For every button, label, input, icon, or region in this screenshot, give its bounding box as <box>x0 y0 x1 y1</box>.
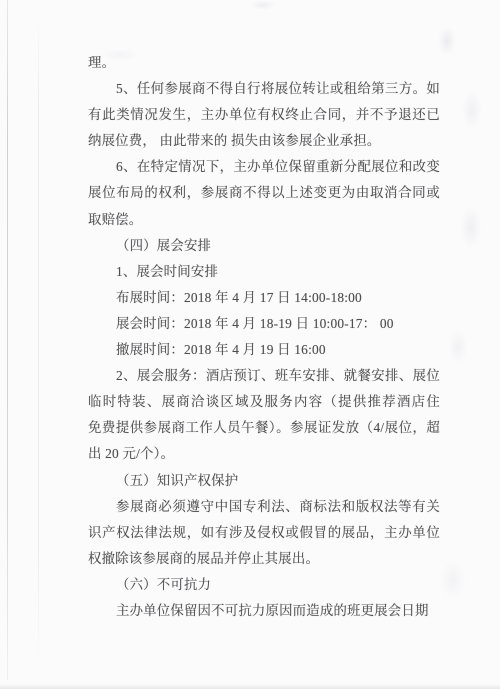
text-line: 6、在特定情况下，主办单位保留重新分配展位和改变 <box>88 154 440 180</box>
text-line: 取赔偿。 <box>88 207 440 233</box>
text-line: 展位布局的权利，参展商不得以上述变更为由取消合同或索 <box>88 180 440 206</box>
scan-noise-smudge <box>438 26 456 56</box>
paper-edge-line <box>38 14 39 664</box>
scan-bottom-shadow <box>0 684 500 689</box>
text-line: 理。 <box>88 50 440 76</box>
document-text-block: 理。 5、任何参展商不得自行将展位转让或租给第三方。如 有此类情况发生，主办单位… <box>88 50 440 624</box>
text-line: 出 20 元/个）。 <box>88 441 440 467</box>
schedule-line: 布展时间：2018 年 4 月 17 日 14:00-18:00 <box>88 285 440 311</box>
text-line: 5、任何参展商不得自行将展位转让或租给第三方。如 <box>88 76 440 102</box>
text-line: 有此类情况发生，主办单位有权终止合同，并不予退还已缴 <box>88 102 440 128</box>
text-line: 免费提供参展商工作人员午餐）。参展证发放（4/展位，超 <box>88 415 440 441</box>
text-line: 参展商必须遵守中国专利法、商标法和版权法等有关知 <box>88 494 440 520</box>
section-heading: （四）展会安排 <box>88 233 440 259</box>
text-line: 权撤除该参展商的展品并停止其展出。 <box>88 546 440 572</box>
schedule-line: 撤展时间：2018 年 4 月 19 日 16:00 <box>88 337 440 363</box>
scan-noise-smudge <box>250 0 276 10</box>
schedule-line: 展会时间：2018 年 4 月 18-19 日 10:00-17： 00 <box>88 311 440 337</box>
scan-noise-smudge <box>440 560 466 600</box>
scan-noise-smudge <box>462 90 482 130</box>
text-line: 识产权法律法规，如有涉及侵权或假冒的展品，主办单位有 <box>88 520 440 546</box>
scanned-document-page: 理。 5、任何参展商不得自行将展位转让或租给第三方。如 有此类情况发生，主办单位… <box>0 0 500 689</box>
text-line: 2、展会服务：酒店预订、班车安排、就餐安排、展位 <box>88 363 440 389</box>
text-line: 临时特装、展商洽谈区域及服务内容（提供推荐酒店住宿、 <box>88 389 440 415</box>
section-heading: （五）知识产权保护 <box>88 468 440 494</box>
scan-edge-line <box>7 0 8 680</box>
text-line: 主办单位保留因不可抗力原因而造成的班更展会日期 <box>88 598 440 624</box>
section-heading: （六）不可抗力 <box>88 572 440 598</box>
sub-heading: 1、展会时间安排 <box>88 259 440 285</box>
scan-noise-smudge <box>448 330 468 364</box>
scan-noise-smudge <box>460 205 482 250</box>
text-line: 纳展位费， 由此带来的 损失由该参展企业承担。 <box>88 128 440 154</box>
